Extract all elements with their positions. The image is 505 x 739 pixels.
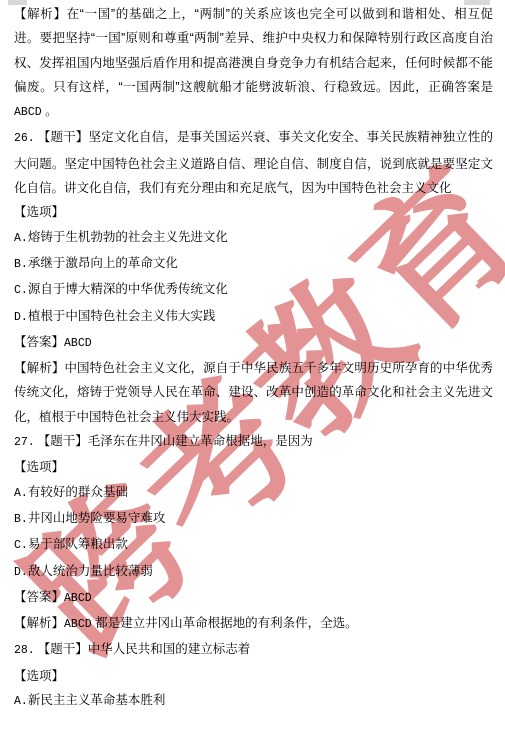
analysis-answer-letters: ABCD: [64, 618, 92, 631]
question-28-stem: 28.【题干】中华人民共和国的建立标志着: [14, 637, 493, 663]
document-page: 跨考教育 【解析】在“一国”的基础之上，“两制”的关系应该也完全可以做到和谐相处…: [0, 0, 505, 739]
option-text: 易于部队筹粮出款: [28, 537, 128, 551]
option-letter: B.: [14, 258, 28, 271]
option-row: D.植根于中国特色社会主义伟大实践: [14, 304, 493, 330]
question-26-stem: 26.【题干】坚定文化自信，是事关国运兴衰、事关文化安全、事关民族精神独立性的大…: [14, 125, 493, 200]
analysis-paragraph-prev: 【解析】在“一国”的基础之上，“两制”的关系应该也完全可以做到和谐相处、相互促进…: [14, 2, 493, 125]
question-26-analysis: 【解析】中国特色社会主义文化，源自于中华民族五千多年文明历史所孕育的中华优秀传统…: [14, 356, 493, 429]
option-row: A.有较好的群众基础: [14, 480, 493, 506]
option-letter: C.: [14, 539, 28, 552]
option-text: 植根于中国特色社会主义伟大实践: [28, 309, 216, 323]
analysis-label: 【解析】: [14, 361, 64, 375]
question-27-answer-line: 【答案】ABCD: [14, 585, 493, 611]
analysis-label: 【解析】: [14, 616, 64, 630]
analysis-answer-letters: ABCD: [14, 106, 42, 119]
option-row: C.易于部队筹粮出款: [14, 532, 493, 558]
option-letter: B.: [14, 513, 28, 526]
question-27-stem: 27.【题干】毛泽东在井冈山建立革命根据地，是因为: [14, 429, 493, 455]
option-letter: A.: [14, 695, 28, 708]
question-26-answer-line: 【答案】ABCD: [14, 330, 493, 356]
analysis-text: 在“一国”的基础之上，“两制”的关系应该也完全可以做到和谐相处、相互促进。要把坚…: [14, 7, 493, 94]
analysis-text: 都是建立井冈山革命根据地的有利条件，全选。: [92, 616, 358, 630]
question-28-options-header: 【选项】: [14, 664, 493, 688]
option-text: 敌人统治力量比较薄弱: [28, 564, 153, 578]
option-text: 源自于博大精深的中华优秀传统文化: [28, 282, 228, 296]
analysis-text-tail: 。: [42, 104, 58, 118]
answer-label: 【答案】: [14, 335, 64, 349]
option-row: D.敌人统治力量比较薄弱: [14, 559, 493, 585]
question-number: 27.: [14, 436, 35, 449]
document-body: 【解析】在“一国”的基础之上，“两制”的关系应该也完全可以做到和谐相处、相互促进…: [14, 2, 493, 714]
option-row: A.新民主主义革命基本胜利: [14, 688, 493, 714]
question-27-options-header: 【选项】: [14, 455, 493, 479]
option-row: B.井冈山地势险要易守难攻: [14, 506, 493, 532]
option-text: 有较好的群众基础: [28, 485, 128, 499]
option-row: A.熔铸于生机勃勃的社会主义先进文化: [14, 225, 493, 251]
stem-label: 【题干】: [38, 130, 89, 144]
option-letter: A.: [14, 487, 28, 500]
question-27-analysis: 【解析】ABCD 都是建立井冈山革命根据地的有利条件，全选。: [14, 611, 493, 637]
question-number: 26.: [14, 132, 35, 145]
stem-label: 【题干】: [38, 642, 88, 656]
answer-letters: ABCD: [64, 592, 92, 605]
stem-text: 中华人民共和国的建立标志着: [88, 642, 251, 656]
answer-label: 【答案】: [14, 590, 64, 604]
option-text: 新民主主义革命基本胜利: [28, 693, 166, 707]
analysis-text: 中国特色社会主义文化，源自于中华民族五千多年文明历史所孕育的中华优秀传统文化，熔…: [14, 361, 493, 424]
question-26-options-header: 【选项】: [14, 200, 493, 224]
option-letter: D.: [14, 566, 28, 579]
stem-label: 【题干】: [38, 434, 88, 448]
analysis-label: 【解析】: [14, 7, 67, 21]
option-text: 井冈山地势险要易守难攻: [28, 511, 166, 525]
stem-text: 毛泽东在井冈山建立革命根据地，是因为: [88, 434, 313, 448]
option-row: B.承继于激昂向上的革命文化: [14, 251, 493, 277]
option-letter: A.: [14, 232, 28, 245]
option-letter: D.: [14, 311, 28, 324]
answer-letters: ABCD: [64, 337, 92, 350]
option-row: C.源自于博大精深的中华优秀传统文化: [14, 277, 493, 303]
option-letter: C.: [14, 284, 28, 297]
question-number: 28.: [14, 644, 35, 657]
option-text: 熔铸于生机勃勃的社会主义先进文化: [28, 230, 228, 244]
option-text: 承继于激昂向上的革命文化: [28, 256, 178, 270]
